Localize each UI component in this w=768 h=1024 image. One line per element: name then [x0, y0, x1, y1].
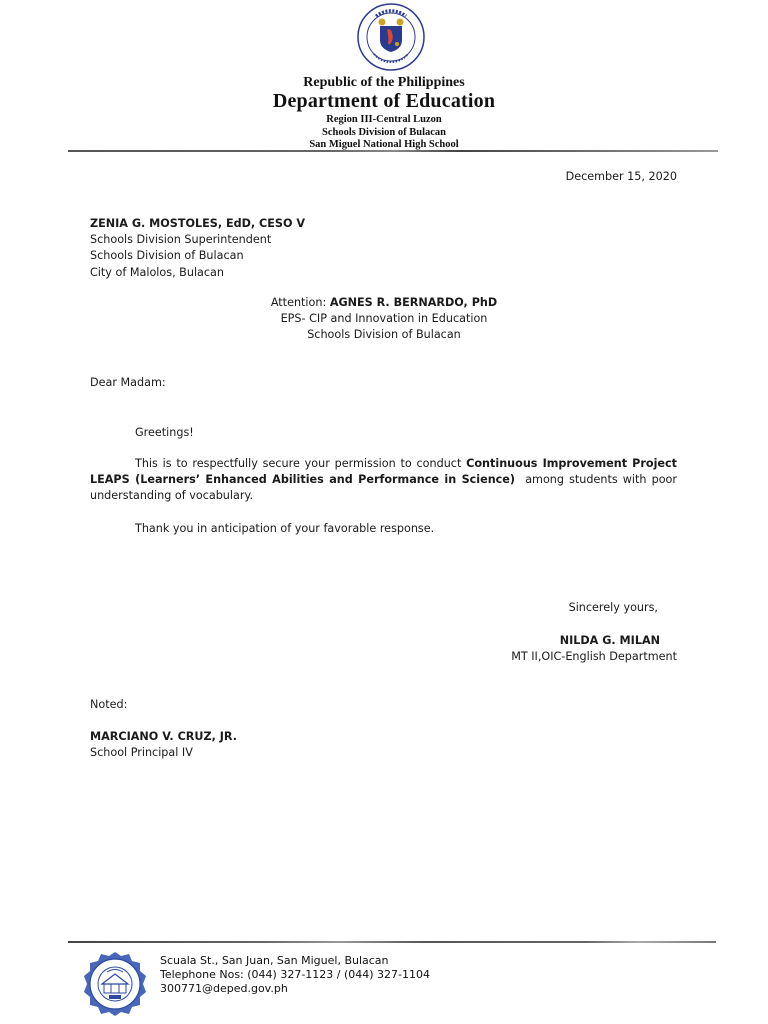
principal-title: School Principal IV — [90, 745, 193, 761]
request-paragraph: This is to respectfully secure your perm… — [90, 456, 677, 505]
footer-contact: Scuala St., San Juan, San Miguel, Bulaca… — [160, 954, 430, 996]
header-school: San Miguel National High School — [0, 139, 768, 150]
recipient-name: ZENIA G. MOSTOLES, EdD, CESO V — [90, 216, 305, 232]
closing: Sincerely yours, — [0, 600, 658, 616]
request-text-before: This is to respectfully secure your perm… — [135, 457, 466, 470]
header-department: Department of Education — [0, 90, 768, 113]
attention-name: AGNES R. BERNARDO, PhD — [330, 296, 497, 309]
footer-email: 300771@deped.gov.ph — [160, 982, 430, 996]
deped-seal-logo — [356, 2, 426, 72]
recipient-office: Schools Division of Bulacan — [90, 248, 305, 264]
header-republic: Republic of the Philippines — [0, 75, 768, 91]
deped-seal-icon — [356, 2, 426, 72]
header-divider — [68, 150, 718, 152]
thanks-line: Thank you in anticipation of your favora… — [135, 521, 434, 537]
school-seal-logo — [76, 951, 154, 1017]
recipient-position: Schools Division Superintendent — [90, 232, 305, 248]
signer-name: NILDA G. MILAN — [0, 633, 660, 649]
header-region: Region III-Central Luzon — [0, 114, 768, 125]
recipient-block: ZENIA G. MOSTOLES, EdD, CESO V Schools D… — [90, 216, 305, 281]
footer-address: Scuala St., San Juan, San Miguel, Bulaca… — [160, 954, 430, 968]
signer-title: MT II,OIC-English Department — [0, 649, 677, 665]
attention-office: Schools Division of Bulacan — [0, 327, 768, 343]
attention-line: Attention: AGNES R. BERNARDO, PhD — [0, 295, 768, 311]
principal-name: MARCIANO V. CRUZ, JR. — [90, 729, 237, 745]
footer-divider — [68, 941, 716, 943]
recipient-address: City of Malolos, Bulacan — [90, 265, 305, 281]
letter-date: December 15, 2020 — [0, 169, 677, 185]
salutation: Dear Madam: — [90, 375, 166, 391]
noted-label: Noted: — [90, 697, 127, 713]
attention-label: Attention: — [271, 296, 330, 309]
school-seal-icon — [76, 951, 154, 1017]
attention-position: EPS- CIP and Innovation in Education — [0, 311, 768, 327]
attention-block: Attention: AGNES R. BERNARDO, PhD EPS- C… — [0, 295, 768, 344]
header-division: Schools Division of Bulacan — [0, 127, 768, 138]
greeting: Greetings! — [135, 425, 194, 441]
footer-telephone: Telephone Nos: (044) 327-1123 / (044) 32… — [160, 968, 430, 982]
